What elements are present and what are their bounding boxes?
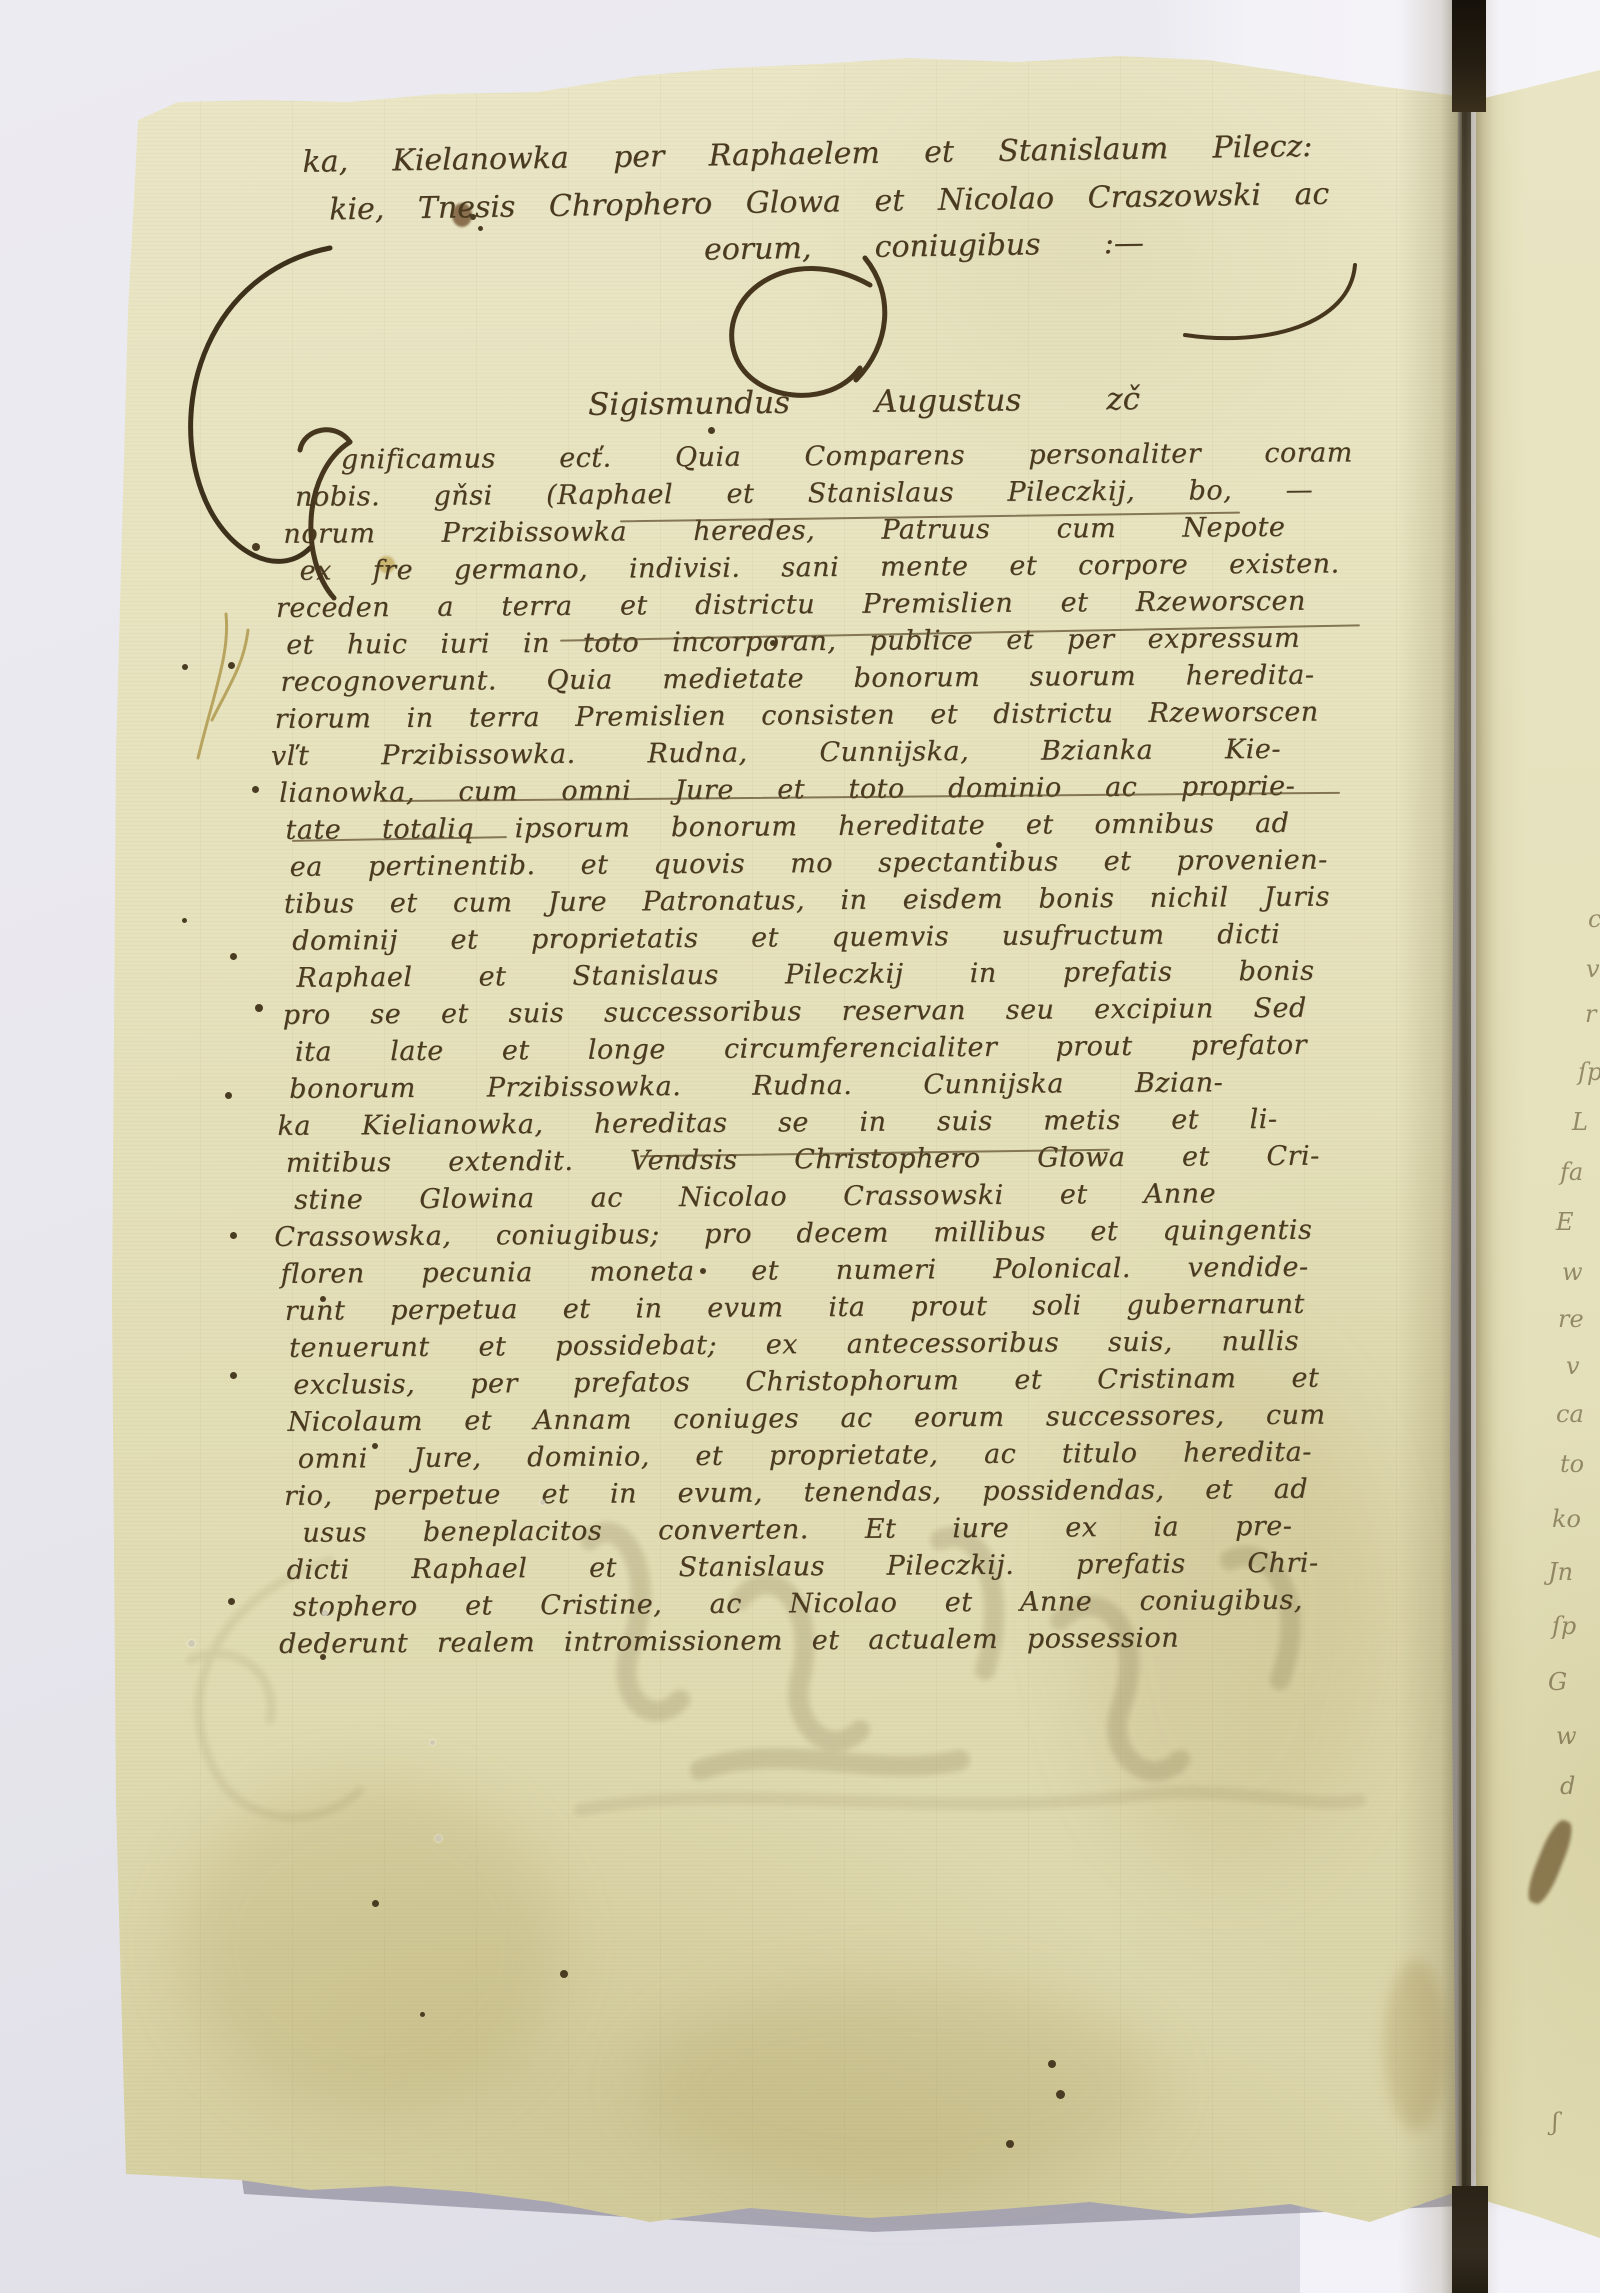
wormhole-dot bbox=[252, 543, 260, 551]
wormhole-dot bbox=[372, 1443, 378, 1449]
shiny-speck bbox=[435, 1835, 442, 1842]
wormhole-dot bbox=[230, 953, 237, 960]
shiny-speck bbox=[188, 1640, 195, 1647]
wormhole-dot bbox=[770, 640, 776, 646]
wormhole-dot bbox=[470, 214, 476, 220]
facing-page-fragment: ko bbox=[1552, 1505, 1581, 1533]
body-text: gnificamus ecť. Quia Comparens personali… bbox=[283, 438, 1391, 1667]
margin-mark-flourish bbox=[188, 600, 258, 770]
binding-thread-top bbox=[1452, 0, 1486, 112]
facing-page-fragment: ʃ bbox=[1552, 2108, 1559, 2136]
facing-page-fragment: fa bbox=[1560, 1158, 1583, 1186]
wormhole-dot bbox=[1048, 2060, 1056, 2068]
facing-page-fragment: d bbox=[1560, 1772, 1575, 1800]
wormhole-dot bbox=[225, 1092, 232, 1099]
wormhole-dot bbox=[420, 2012, 425, 2017]
facing-page-fragment: r bbox=[1585, 1000, 1596, 1028]
wormhole-dot bbox=[996, 842, 1002, 848]
wormhole-dot bbox=[700, 1268, 706, 1274]
wormhole-dot bbox=[708, 427, 715, 434]
wormhole-dot bbox=[320, 1654, 326, 1660]
facing-page-fragment: v bbox=[1586, 955, 1600, 983]
wormhole-dot bbox=[230, 1372, 237, 1379]
binding-thread-bottom bbox=[1452, 2186, 1488, 2293]
wormhole-dot bbox=[252, 786, 259, 793]
facing-page-fragment: L bbox=[1572, 1108, 1588, 1136]
facing-page-fragment: G bbox=[1548, 1668, 1567, 1696]
header-line-3: eorum, coniugibus :— bbox=[704, 227, 1144, 268]
wormhole-dot bbox=[230, 1232, 237, 1239]
facing-page-fragment: ſp bbox=[1552, 1612, 1576, 1640]
gutter-smudge bbox=[1385, 1960, 1447, 2130]
damp-stain-bottom bbox=[640, 1980, 1160, 2190]
facing-page-fragment: ſp bbox=[1578, 1058, 1600, 1086]
shiny-speck bbox=[322, 1610, 328, 1616]
photo-scene: cvrſpLfaEwrevcatokoJnſpGwdʃ bbox=[0, 0, 1600, 2293]
wormhole-dot bbox=[228, 1598, 235, 1605]
shiny-speck bbox=[540, 1500, 545, 1505]
header-descender-flourish bbox=[1155, 255, 1375, 365]
section-heading: Sigismundus Augustus zč bbox=[588, 381, 1140, 423]
facing-page-fragment: E bbox=[1556, 1208, 1574, 1236]
facing-page-fragment: c bbox=[1588, 905, 1600, 933]
book-gutter bbox=[1398, 0, 1500, 2293]
wormhole-dot bbox=[320, 1296, 326, 1302]
wormhole-dot bbox=[1056, 2090, 1065, 2099]
facing-page-fragment: w bbox=[1556, 1722, 1577, 1750]
facing-page-fragment: ca bbox=[1556, 1400, 1584, 1428]
facing-page-fragment: Jn bbox=[1548, 1558, 1573, 1586]
wormhole-dot bbox=[372, 1900, 379, 1907]
gutter-fold-line bbox=[1462, 0, 1471, 2293]
facing-page-fragment: w bbox=[1562, 1258, 1583, 1286]
wormhole-dot bbox=[255, 1004, 263, 1012]
facing-page-fragment: re bbox=[1558, 1305, 1584, 1333]
wormhole-dot bbox=[228, 662, 235, 669]
wormhole-dot bbox=[478, 226, 483, 231]
wormhole-dot bbox=[182, 664, 188, 670]
wormhole-dot bbox=[182, 918, 187, 923]
facing-page-fragment: to bbox=[1560, 1450, 1584, 1478]
wormhole-dot bbox=[560, 1970, 568, 1978]
manuscript-line: dederunt realem intromissionem et actual… bbox=[279, 1624, 1179, 1667]
wormhole-dot bbox=[1006, 2140, 1014, 2148]
shiny-speck bbox=[430, 1740, 435, 1745]
facing-page-fragment: v bbox=[1566, 1352, 1580, 1380]
